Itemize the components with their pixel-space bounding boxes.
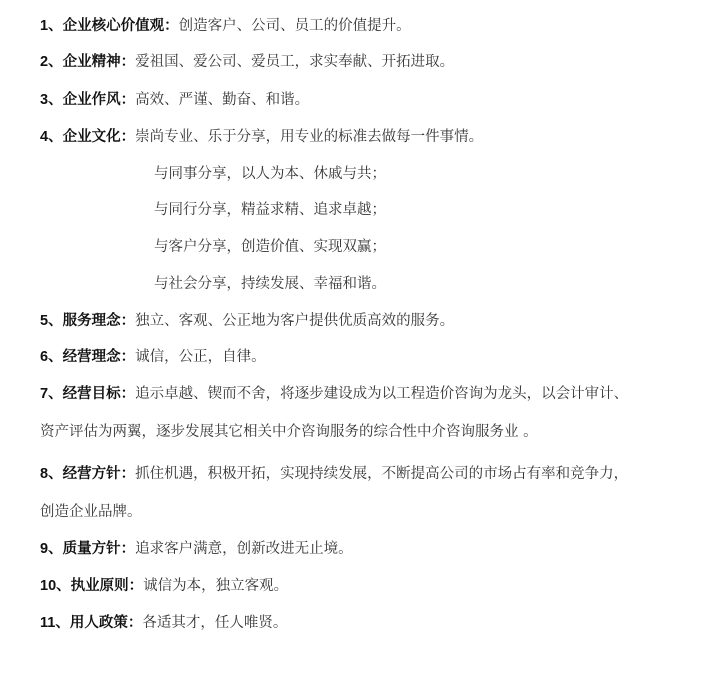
item-text: 追示卓越、锲而不舍，将逐步建设成为以工程造价咨询为龙头，以会计审计、	[135, 386, 628, 402]
culture-sub-line: 与社会分享，持续发展、幸福和谐。	[154, 274, 386, 294]
item-label: 企业文化：	[63, 129, 136, 145]
item-9: 9、质量方针：追求客户满意，创新改进无止境。	[40, 539, 353, 559]
item-5: 5、服务理念：独立、客观、公正地为客户提供优质高效的服务。	[40, 311, 454, 331]
item-label: 质量方针：	[63, 541, 136, 557]
item-4: 4、企业文化：崇尚专业、乐于分享，用专业的标准去做每一件事情。	[40, 127, 483, 147]
item-number: 8、	[40, 466, 63, 482]
item-text: 诚信为本，独立客观。	[143, 578, 288, 594]
item-number: 3、	[40, 92, 63, 108]
item-label: 用人政策：	[70, 615, 143, 631]
item-label: 执业原则：	[71, 578, 144, 594]
item-6: 6、经营理念：诚信，公正，自律。	[40, 347, 266, 367]
item-number: 4、	[40, 129, 63, 145]
item-1: 1、企业核心价值观：创造客户、公司、员工的价值提升。	[40, 16, 411, 36]
item-text: 高效、严谨、勤奋、和谐。	[135, 92, 309, 108]
item-number: 7、	[40, 386, 63, 402]
item-number: 10、	[40, 578, 71, 594]
culture-sub-line: 与同行分享，精益求精、追求卓越；	[154, 200, 386, 220]
item-label: 企业精神：	[63, 54, 136, 70]
item-number: 5、	[40, 313, 63, 329]
item-number: 6、	[40, 349, 63, 365]
item-text: 各适其才，任人唯贤。	[142, 615, 287, 631]
item-7: 7、经营目标：追示卓越、锲而不舍，将逐步建设成为以工程造价咨询为龙头，以会计审计…	[40, 384, 628, 404]
item-text: 抓住机遇，积极开拓，实现持续发展，不断提高公司的市场占有率和竞争力，	[135, 466, 628, 482]
item-8-continuation: 创造企业品牌。	[40, 502, 142, 522]
item-3: 3、企业作风：高效、严谨、勤奋、和谐。	[40, 90, 309, 110]
item-label: 经营理念：	[63, 349, 136, 365]
item-number: 1、	[40, 18, 63, 34]
item-number: 2、	[40, 54, 63, 70]
item-number: 9、	[40, 541, 63, 557]
item-text: 爱祖国、爱公司、爱员工，求实奉献、开拓进取。	[135, 54, 454, 70]
culture-sub-line: 与客户分享，创造价值、实现双赢；	[154, 237, 386, 257]
item-11: 11、用人政策：各适其才，任人唯贤。	[40, 613, 287, 633]
item-text: 崇尚专业、乐于分享，用专业的标准去做每一件事情。	[135, 129, 483, 145]
item-label: 服务理念：	[63, 313, 136, 329]
item-8: 8、经营方针：抓住机遇，积极开拓，实现持续发展，不断提高公司的市场占有率和竞争力…	[40, 464, 628, 484]
item-label: 经营目标：	[63, 386, 136, 402]
item-label: 企业作风：	[63, 92, 136, 108]
item-label: 经营方针：	[63, 466, 136, 482]
item-number: 11、	[40, 615, 70, 631]
item-2: 2、企业精神：爱祖国、爱公司、爱员工，求实奉献、开拓进取。	[40, 52, 454, 72]
item-10: 10、执业原则：诚信为本，独立客观。	[40, 576, 288, 596]
item-text: 追求客户满意，创新改进无止境。	[135, 541, 353, 557]
item-label: 企业核心价值观：	[63, 18, 179, 34]
item-7-continuation: 资产评估为两翼，逐步发展其它相关中介咨询服务的综合性中介咨询服务业 。	[40, 422, 538, 442]
item-text: 独立、客观、公正地为客户提供优质高效的服务。	[135, 313, 454, 329]
item-text: 创造客户、公司、员工的价值提升。	[179, 18, 411, 34]
item-text: 诚信，公正，自律。	[135, 349, 266, 365]
culture-sub-line: 与同事分享，以人为本、休戚与共；	[154, 164, 386, 184]
